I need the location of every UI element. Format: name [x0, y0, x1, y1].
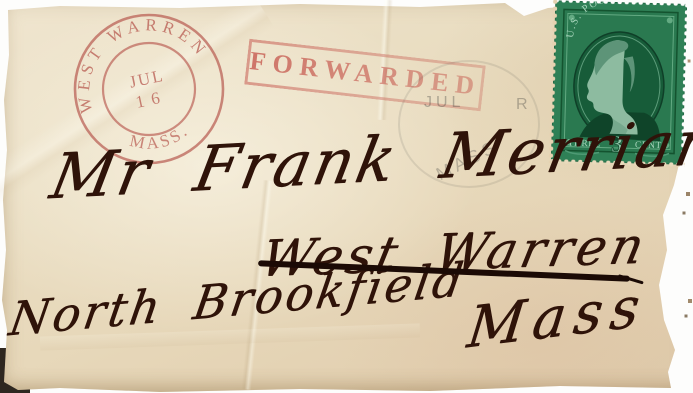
- faint-postmark-month: JUL: [424, 94, 464, 112]
- faint-postmark-letter: R: [516, 96, 528, 114]
- age-specks: [0, 0, 2, 2]
- envelope-photo: WEST WARREN MASS. JUL 16 FORWARDED JUL R…: [0, 0, 693, 393]
- postmark-day: 16: [134, 87, 168, 112]
